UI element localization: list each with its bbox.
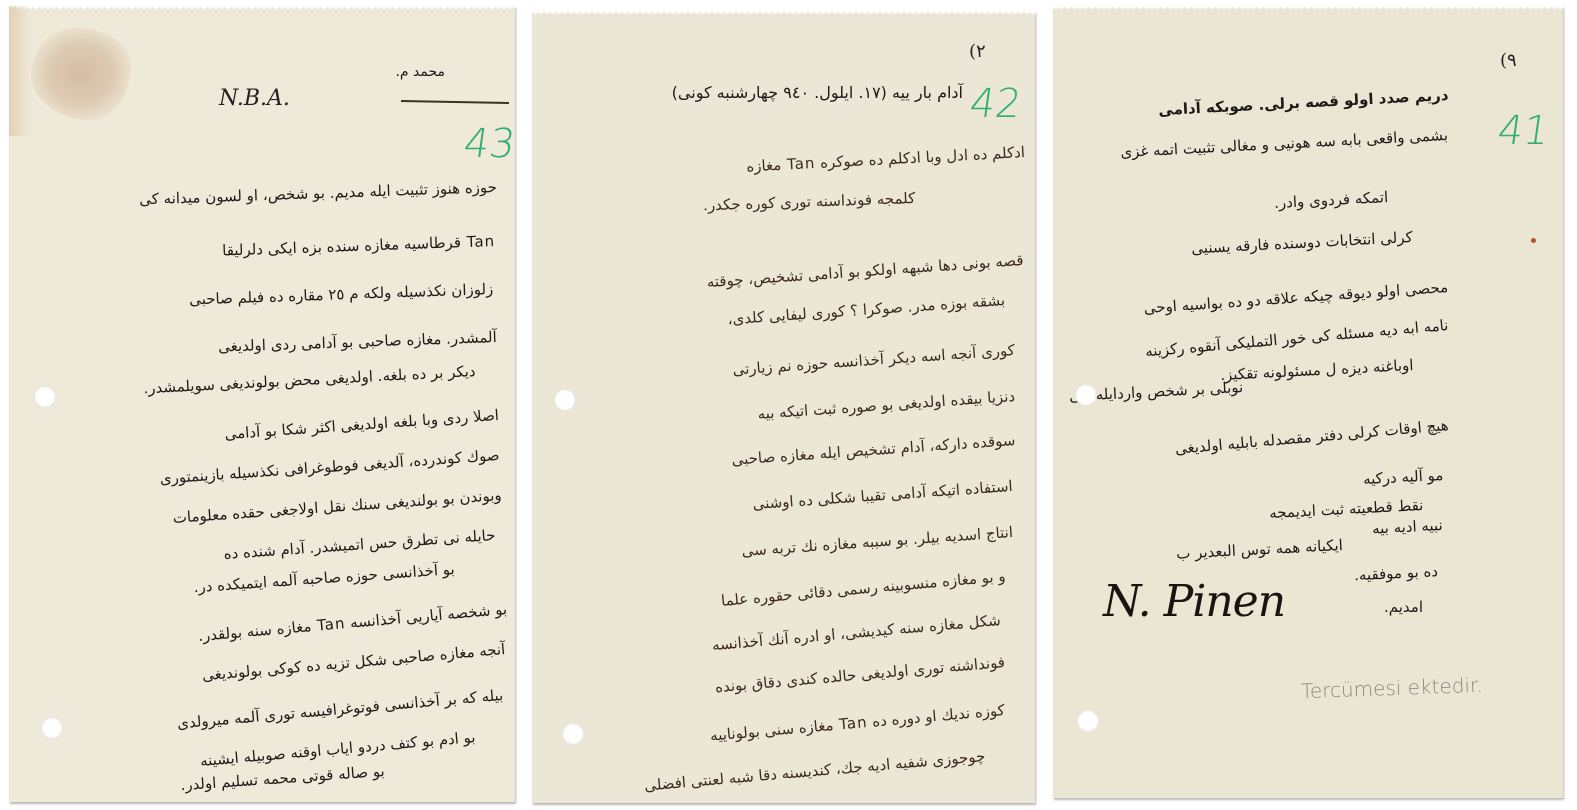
date-header: آدام بار ییه (١٧. ایلول. ٩٤٠ چهارشنبه کو… xyxy=(672,83,963,102)
text-line: صوك کوندرده، آلدیغی فوطوغرافی نکذسیله با… xyxy=(159,446,500,488)
text-line: کلمجه فونداسنه توری کوره جکدر. xyxy=(703,189,916,214)
text-line: اوباغنه دیزه ل مسئولونه تقکیز. xyxy=(1219,356,1413,384)
text-line: بو آخذانسی حوزه صاحبه آلمه ایتمیکده در. xyxy=(193,560,455,596)
punch-hole xyxy=(1075,384,1097,406)
archive-number: 41 xyxy=(1495,108,1552,154)
header-rule xyxy=(401,100,509,104)
text-line: محصی اولو دیوقه چیکه علاقه دو ده بواسیه … xyxy=(1143,278,1449,317)
text-line: آنجه مغازه صاحبی شکل تزیه ده کوکی بولوند… xyxy=(201,640,506,684)
ink-spot xyxy=(1531,238,1536,243)
text-line: فونداشنه توری اولدیغی حالده کندی دقاق بو… xyxy=(714,653,1005,696)
punch-hole xyxy=(554,389,576,411)
letter-page-2: (٢ آدام بار ییه (١٧. ایلول. ٩٤٠ چهارشنبه… xyxy=(532,11,1035,803)
paper-stain-edge xyxy=(9,6,31,136)
text-line: قصه بونی دها شبهه اولکو بو آدامی تشخیص، … xyxy=(706,251,1024,291)
text-line: نبیه ادیه بیه xyxy=(1372,516,1443,538)
paper-stain xyxy=(31,28,131,120)
text-line: ایکیانه همه توس البعدیر ب xyxy=(1176,536,1344,563)
text-line: اتمکه فردوی وادر. xyxy=(1274,188,1389,212)
archive-number: 42 xyxy=(967,81,1024,127)
text-line: آلمشدر. مغازه صاحبی بو آدامی ردی اولدیغی xyxy=(218,328,497,356)
closing-text: امدیم. xyxy=(1384,598,1423,616)
text-line: بو شخصه آیاریی آخذانسه Tan مغازه سنه بول… xyxy=(197,600,507,645)
text-line: انتاج اسدیه بیلر. بو سببه مغازه نك تربه … xyxy=(741,523,1013,560)
text-line: کرلی انتخابات دوسنده فارقه یسنیی xyxy=(1191,228,1413,258)
text-line: دنزیا بیقده اولدیغی بو صوره ثبت اتیکه بی… xyxy=(757,387,1016,423)
text-line: ده بو موفقیه. xyxy=(1354,562,1439,584)
text-line: چوجوزی شفیه ادیه جك، کندیسنه دقا شبه لعن… xyxy=(643,747,985,795)
letter-page-3: (٩ 41 دریم صدد اولو قصه برلی. صوبكه آدام… xyxy=(1053,6,1563,798)
pencil-note: Tercümesi ektedir. xyxy=(1301,673,1483,703)
text-line: بو ادم بو کتف دردو ایاب اوقنه صوبیله ایش… xyxy=(199,728,476,770)
serrated-edge xyxy=(9,6,515,11)
text-line: حوزه هنوز تثبیت ایله مدیم. بو شخص، او لس… xyxy=(139,178,497,208)
text-line: بیله که بر آخذانسی فوتوغرافیسه توری آلمه… xyxy=(176,686,503,732)
text-line: Tan قرطاسیه مغازه سنده بزه ایکی دلرلیقا xyxy=(222,232,496,260)
text-line: وبوندن بو بولندیغی سنك نقل اولاجغی حقده … xyxy=(172,486,502,527)
text-line: کوزه ندیك او دوره ده Tan مغازه سنی بولون… xyxy=(710,701,1006,745)
text-line: و بو مغازه منسوبینه رسمی دقائی حقوره علم… xyxy=(720,567,1006,610)
page-mark: (٢ xyxy=(969,41,986,62)
archive-number: 43 xyxy=(461,121,515,167)
signature: N. Pinen xyxy=(1103,576,1285,627)
punch-hole xyxy=(41,717,63,739)
punch-hole xyxy=(1077,710,1099,732)
text-line: نامه ابه دیه مسئله کی خور التملیکی آنقوه… xyxy=(1144,316,1449,360)
text-line: کوری آنجه اسه دیکر آخذانسه حوزه نم زیارت… xyxy=(732,341,1015,379)
page-header-initials: N.B.A. xyxy=(219,86,290,111)
text-line: مو آلیه درکیه xyxy=(1362,466,1443,488)
serrated-edge xyxy=(1053,6,1563,11)
serrated-edge xyxy=(532,11,1035,16)
text-line: دیکر بر ده بلغه. اولدیغی محض بولوندیغی س… xyxy=(143,362,476,397)
text-line: حایله نی تطرق حس اتمیشدر. آدام شنده ده xyxy=(223,526,496,563)
punch-hole xyxy=(562,723,584,745)
text-line: اصلا ردی وبا بلغه اولدیغی اکثر شکا بو آد… xyxy=(224,406,499,443)
letter-page-1: N.B.A. محمد م. 43 حوزه هنوز تثبیت ایله م… xyxy=(9,6,515,802)
text-line: شکل مغازه سنه کیدیشی، او ادره آنك آخذانس… xyxy=(712,611,1002,654)
text-line: هیچ اوقات کرلی دفتر مقصدله بابلیه اولدیغ… xyxy=(1174,416,1449,458)
page-mark: (٩ xyxy=(1500,50,1517,71)
header-note: محمد م. xyxy=(395,64,445,80)
text-line: ادکلم ده ادل وبا ادکلم ده صوکره Tan مغاز… xyxy=(746,143,1025,176)
text-line: سوقده دارکه، آدام تشخیص ایله مغازه صاحبی xyxy=(731,431,1016,469)
text-line: استفاده اتیکه آدامی تقیبا شکلی ده اوشنی xyxy=(752,477,1013,513)
text-line: دریم صدد اولو قصه برلی. صوبكه آدامی xyxy=(1158,86,1449,119)
text-line: زلوزان نکذسیله ولکه م ٢٥ مقاره ده فیلم ص… xyxy=(189,280,494,309)
text-line: بشقه بوزه مدر. صوکرا ؟ کوری لیفایی کلدی، xyxy=(727,291,1006,328)
text-line: بشمی واقعی بابه سه هونیی و مغالی تثبیت ا… xyxy=(1120,126,1448,161)
punch-hole xyxy=(34,386,56,408)
